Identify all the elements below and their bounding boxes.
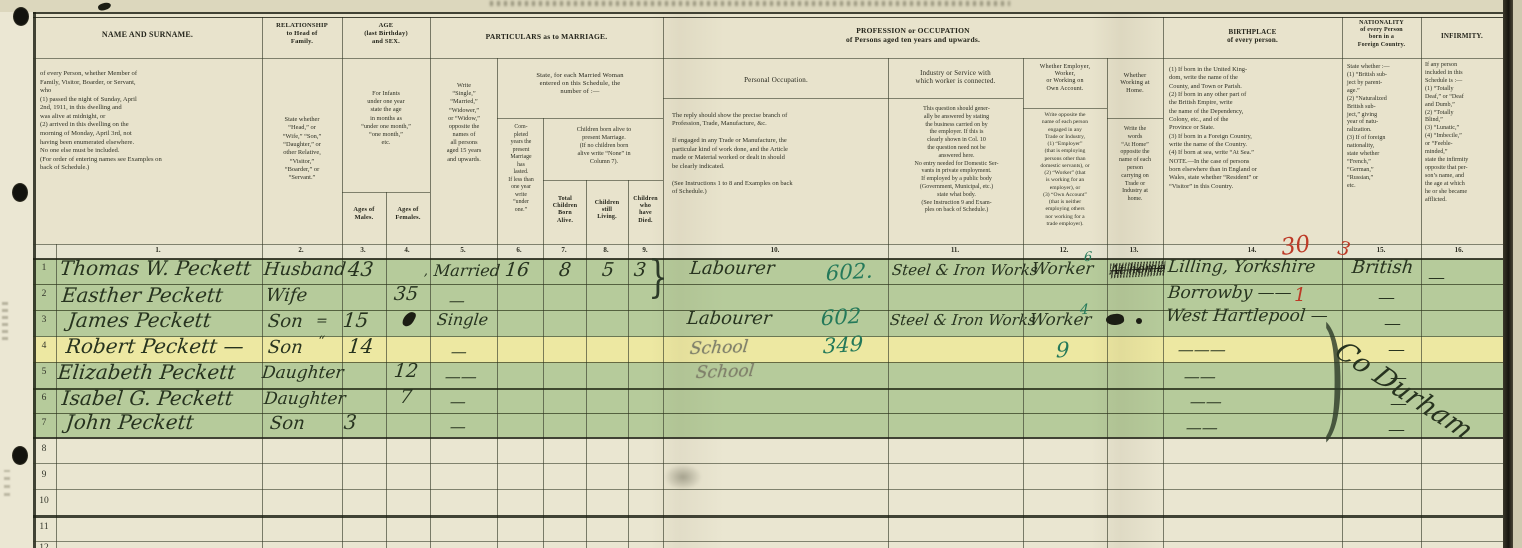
entry-name: Thomas W. Peckett (59, 256, 253, 280)
right-paper-edge (1503, 0, 1513, 548)
grid-line (56, 244, 57, 548)
entry-birthplace-dash: ——— (1177, 340, 1227, 359)
smudge-mark (664, 464, 702, 490)
ditto-mark: “ (317, 334, 325, 349)
row-number: 12 (35, 543, 53, 548)
grid-line (33, 541, 1503, 542)
entry-age-female: 7 (399, 386, 413, 408)
grid-line (1342, 17, 1343, 548)
col-header-birthplace: BIRTHPLACE of every person. (1164, 28, 1341, 45)
margin-pencil-mark-1 (2, 300, 8, 340)
col-header-profession: PROFESSION or OCCUPATION of Persons aged… (664, 26, 1162, 44)
age-females-label: Ages of Females. (388, 206, 428, 221)
entry-age-male: 14 (347, 334, 375, 358)
entry-occupation-pencil: School (689, 337, 749, 359)
entry-relationship: Husband (263, 259, 347, 280)
occupation-code: 602. (826, 258, 873, 285)
entry-relationship: Daughter (261, 363, 345, 383)
row-number: 8 (35, 444, 53, 454)
top-text-fragment (490, 1, 1010, 6)
col-header-marriage: PARTICULARS as to MARRIAGE. (431, 32, 662, 41)
grid-line (33, 17, 1503, 18)
col-number-3: 3. (348, 246, 378, 254)
entry-name: Easther Peckett (61, 283, 225, 307)
punch-hole-bottom (12, 446, 28, 465)
grid-line (33, 413, 1503, 414)
struck-out-entry: At home (1109, 261, 1165, 279)
at-home-label: Whether Working at Home. (1109, 72, 1161, 94)
entry-relationship: Son (267, 337, 304, 358)
punch-hole-middle (12, 183, 28, 202)
entry-industry: Steel & Iron Works (889, 311, 1037, 329)
grid-line (1107, 58, 1108, 548)
entry-birthplace-dash: —— (1185, 418, 1219, 437)
row-number: 6 (35, 393, 53, 403)
entry-occupation-pencil: School (695, 361, 755, 383)
children-died-label: Children who have Died. (629, 196, 662, 225)
relationship-instructions: State whether “Head,” or “Wife,” “Son,” … (266, 116, 338, 183)
punch-hole-top (13, 7, 29, 26)
grid-line (586, 180, 587, 548)
grid-line (497, 118, 663, 119)
entry-infirmity-dash: — (1427, 268, 1446, 288)
row-number: 7 (35, 418, 53, 428)
entry-age-female: 12 (393, 360, 419, 382)
grid-line (1023, 108, 1107, 109)
married-woman-note: State, for each Married Woman entered on… (500, 72, 660, 95)
row-number: 9 (35, 470, 53, 480)
entry-age-male: 3 (343, 410, 358, 434)
grid-line (1421, 17, 1422, 548)
grid-line (33, 489, 1503, 490)
entry-marriage-condition: Married (433, 261, 501, 280)
col-number-1: 1. (143, 246, 173, 254)
entry-occupation: Labourer (689, 258, 776, 279)
grid-line (543, 118, 544, 548)
entry-nationality-dash: — (1383, 314, 1402, 334)
grid-line (430, 17, 431, 548)
entry-name: James Peckett (67, 308, 213, 332)
col-number-7: 7. (549, 246, 579, 254)
entry-children-died: 3 (633, 259, 647, 281)
grid-line (1107, 118, 1163, 119)
row-number: 11 (35, 522, 53, 532)
red-annotation-count: 1 (1294, 284, 1306, 306)
industry-note: This question should gener- ally be answ… (893, 106, 1020, 215)
children-living-label: Children still Living. (588, 200, 626, 222)
row-number: 2 (35, 289, 53, 299)
col-number-14: 14. (1237, 246, 1267, 254)
col-number-8: 8. (591, 246, 621, 254)
grid-line (663, 98, 1023, 99)
entry-birthplace: Borrowby —— (1167, 283, 1293, 303)
entry-industry: Steel & Iron Works (891, 261, 1039, 279)
grid-line (888, 58, 889, 548)
employer-worker-label: Whether Employer, Worker, or Working on … (1025, 64, 1105, 93)
name-instructions: of every Person, whether Member of Famil… (40, 70, 256, 173)
col-number-15: 15. (1366, 246, 1396, 254)
entry-marriage-condition: — (450, 342, 468, 361)
entry-years-married: 16 (504, 259, 530, 281)
age-males-label: Ages of Males. (344, 206, 384, 221)
row-number: 3 (35, 315, 53, 325)
col-header-name: NAME AND SURNAME. (33, 30, 262, 40)
grid-line (1023, 58, 1024, 548)
row-number: 5 (35, 367, 53, 377)
entry-birthplace: West Hartlepool — (1165, 306, 1329, 326)
col-header-age: AGE (last Birthday) and SEX. (343, 22, 429, 45)
completed-years-note: Com- pleted years the present Marriage h… (500, 124, 542, 214)
age-infants-note: For Infants under one year state the age… (346, 90, 426, 147)
industry-label: Industry or Service with which worker is… (890, 70, 1021, 86)
grid-line (33, 437, 1503, 439)
col-number-11: 11. (940, 246, 970, 254)
entry-age-male: 43 (347, 257, 375, 281)
entry-name: John Peckett (65, 410, 195, 434)
grid-line (1163, 17, 1164, 548)
entry-birthplace-dash: —— (1183, 367, 1217, 386)
grid-line (33, 362, 1503, 363)
col-number-2: 2. (286, 246, 316, 254)
entry-marriage-condition: —— (444, 367, 478, 386)
entry-children-born: 8 (558, 259, 572, 281)
col-number-12: 12. (1049, 246, 1079, 254)
entry-relationship: Daughter (263, 389, 347, 409)
entry-nationality-dash: — (1387, 420, 1406, 440)
grid-line (497, 58, 498, 548)
grid-line (33, 388, 1503, 390)
grid-line (33, 515, 1503, 518)
entry-relationship: Son (269, 413, 306, 434)
entry-marriage-condition: Single (436, 310, 489, 329)
employment-code: 4 (1080, 302, 1089, 319)
children-born-note: Children born alive to present Marriage.… (547, 126, 661, 166)
grid-line (33, 58, 1503, 59)
grid-line (33, 463, 1503, 464)
row-number: 4 (35, 341, 53, 351)
employment-code: 6 (1084, 250, 1093, 266)
entry-nationality-dash: — (1377, 288, 1396, 308)
grouping-bracket: } (648, 252, 668, 303)
entry-age-female: 35 (393, 283, 419, 305)
employment-code: 9 (1056, 338, 1070, 363)
entry-marriage-condition: — (449, 392, 467, 411)
col-number-5: 5. (448, 246, 478, 254)
row-number: 1 (35, 263, 53, 273)
entry-relationship: Wife (265, 285, 308, 306)
infirmity-note: If any person included in this Schedule … (1425, 62, 1501, 205)
col-number-4: 4. (392, 246, 422, 254)
children-born-label: Total Children Born Alive. (545, 196, 585, 225)
entry-children-living: 5 (601, 259, 615, 281)
entry-age-male: 15 (342, 308, 370, 332)
col-number-6: 6. (504, 246, 534, 254)
entry-marriage-condition: — (448, 291, 466, 310)
personal-occupation-label: Personal Occupation. (664, 76, 888, 84)
entry-marriage-condition: — (449, 417, 467, 436)
occupation-code: 349 (823, 332, 864, 359)
red-annotation-total: 30 (1279, 231, 1312, 261)
left-margin (0, 12, 33, 548)
row-number: 10 (35, 496, 53, 506)
nationality-note: State whether :— (1) “British sub- ject … (1347, 64, 1419, 191)
entry-birthplace-dash: —— (1189, 392, 1223, 411)
grid-line (33, 12, 1503, 14)
col-header-nationality: NATIONALITY of every Person born in a Fo… (1343, 20, 1420, 49)
marriage-write-note: Write “Single,” “Married,” “Widower,” or… (433, 82, 495, 164)
entry-nationality: British (1351, 257, 1415, 278)
margin-pencil-mark-2 (4, 470, 10, 496)
ink-dot (1136, 318, 1142, 324)
birthplace-note: (1) If born in the United King- dom, wri… (1169, 66, 1339, 191)
entry-occupation: Labourer (686, 308, 773, 329)
col-number-13: 13. (1119, 246, 1149, 254)
at-home-note: Write the words “At Home” opposite the n… (1110, 126, 1160, 204)
grid-line (386, 192, 387, 548)
entry-name: Elizabeth Peckett (57, 360, 237, 384)
personal-occupation-note: The reply should show the precise branch… (672, 112, 882, 196)
entry-nationality-dash: — (1387, 340, 1406, 360)
col-header-infirmity: INFIRMITY. (1422, 32, 1502, 40)
col-number-10: 10. (760, 246, 790, 254)
occupation-code: 602 (821, 304, 862, 331)
entry-name: Robert Peckett — (65, 334, 245, 358)
entry-relationship: Son (267, 311, 304, 332)
right-next-page (1513, 0, 1522, 548)
col-header-relationship: RELATIONSHIP to Head of Family. (263, 22, 341, 45)
employer-worker-note: Write opposite the name of each person e… (1026, 112, 1104, 228)
grid-line (628, 180, 629, 548)
grid-line (262, 17, 263, 548)
grid-line (543, 180, 663, 181)
entry-name: Isabel G. Peckett (61, 386, 235, 410)
grid-line (342, 192, 430, 193)
census-schedule-scan: NAME AND SURNAME. RELATIONSHIP to Head o… (0, 0, 1522, 548)
grid-line (342, 17, 343, 548)
col-number-16: 16. (1444, 246, 1474, 254)
grid-line (33, 336, 1503, 337)
grid-line (33, 12, 36, 548)
ditto-mark: = (315, 313, 328, 329)
entry-birthplace: Lilling, Yorkshire (1167, 257, 1316, 277)
birthplace-group-brace: ) (1322, 300, 1345, 454)
